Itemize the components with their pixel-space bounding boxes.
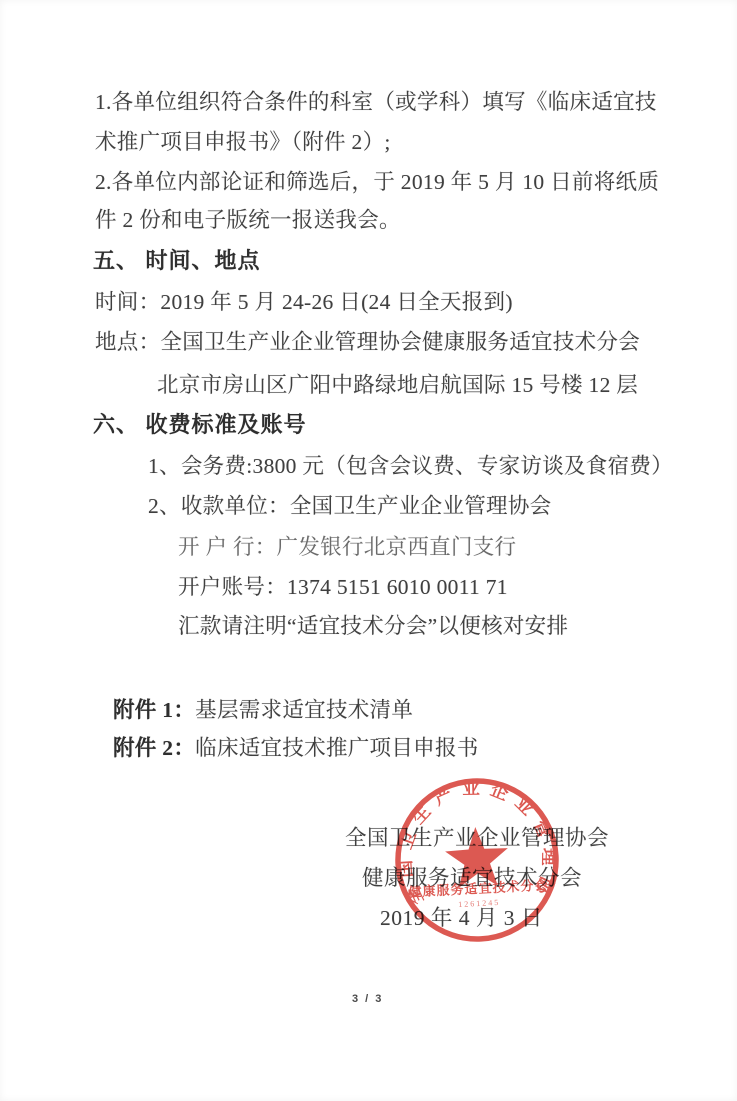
bank-line: 开 户 行：广发银行北京西直门支行 — [178, 532, 516, 562]
venue-line-1: 地点：全国卫生产业企业管理协会健康服务适宜技术分会 — [95, 327, 640, 357]
attachment-line-1: 附件 1：基层需求适宜技术清单 — [113, 695, 413, 725]
section-heading-fees: 六、 收费标准及账号 — [93, 410, 307, 440]
attachment-line-2: 附件 2：临床适宜技术推广项目申报书 — [113, 733, 479, 763]
remit-note-line: 汇款请注明“适宜技术分会”以便核对安排 — [178, 611, 568, 641]
fee-line: 1、会务费:3800 元（包含会议费、专家访谈及食宿费） — [148, 451, 673, 481]
body-line-item2-2: 件 2 份和电子版统一报送我会。 — [95, 205, 401, 235]
attachment-2-label: 附件 2： — [113, 736, 195, 760]
seal-inner-text: 健康服务适宜技术分会 — [407, 877, 549, 899]
venue-line-2: 北京市房山区广阳中路绿地启航国际 15 号楼 12 层 — [157, 370, 638, 400]
seal-serial-number: 1261245 — [458, 898, 500, 909]
page-number: 3 / 3 — [352, 991, 383, 1007]
official-seal-graphic: 全国卫生产业企业管理协会 健康服务适宜技术分会 1261245 — [389, 772, 566, 949]
payee-line: 2、收款单位：全国卫生产业企业管理协会 — [148, 491, 551, 521]
attachment-1-title: 基层需求适宜技术清单 — [195, 698, 413, 722]
attachment-1-label: 附件 1： — [113, 698, 195, 722]
body-line-item1-2: 术推广项目申报书》（附件 2）; — [95, 127, 391, 157]
body-line-item2-1: 2.各单位内部论证和筛选后，于 2019 年 5 月 10 日前将纸质 — [95, 167, 659, 197]
account-line: 开户账号：1374 5151 6010 0011 71 — [178, 572, 508, 602]
document-page: 1.各单位组织符合条件的科室（或学科）填写《临床适宜技 术推广项目申报书》（附件… — [0, 0, 737, 1101]
body-line-item1-1: 1.各单位组织符合条件的科室（或学科）填写《临床适宜技 — [95, 87, 657, 117]
time-line: 时间：2019 年 5 月 24-26 日(24 日全天报到) — [95, 287, 513, 317]
attachment-2-title: 临床适宜技术推广项目申报书 — [195, 736, 478, 760]
section-heading-time-venue: 五、 时间、地点 — [93, 246, 261, 276]
official-seal: 全国卫生产业企业管理协会 健康服务适宜技术分会 1261245 — [389, 772, 566, 949]
